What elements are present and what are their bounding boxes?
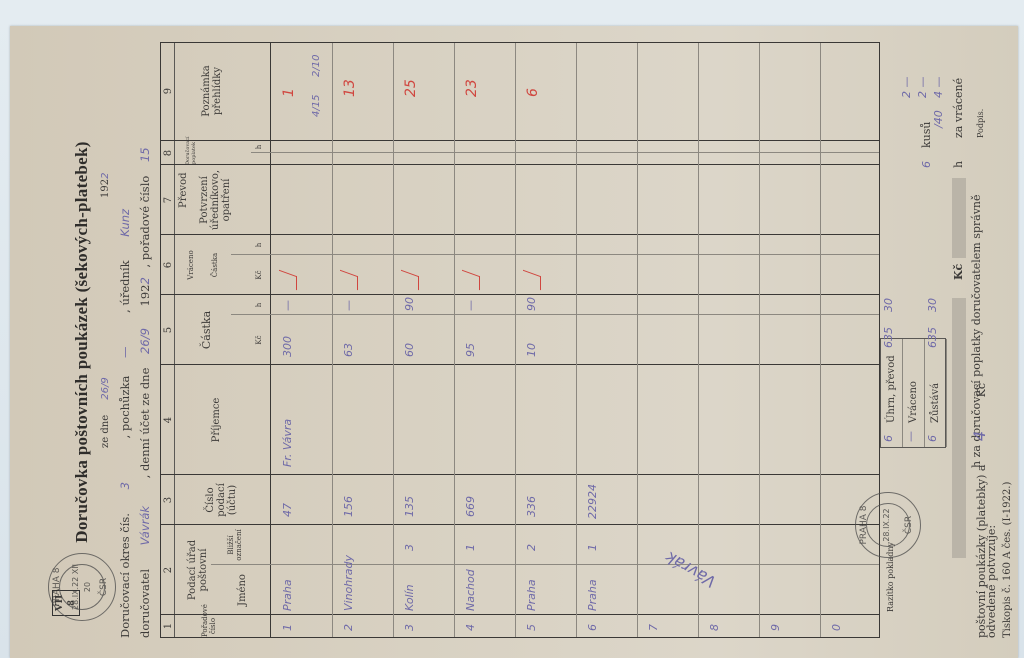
dorucovatel-value: Vávrák <box>138 506 152 545</box>
header-castka-h: h <box>255 295 263 315</box>
podpis-label: Podpis. <box>976 109 985 138</box>
colnum-3: 3 <box>163 475 174 525</box>
row-divider <box>454 43 455 637</box>
postmark-right-stamp: PRAHA 8 28.IX.22 ČSR <box>855 492 921 558</box>
postmark-country: ČSR <box>904 493 914 557</box>
postmark-country: ČSR <box>99 554 109 620</box>
zustava-label: Zůstává <box>930 383 941 423</box>
district-line: Doručovací okres čís. 3 , pochůzka — , ú… <box>118 209 132 638</box>
redacted-bar <box>952 178 966 258</box>
row-divider <box>515 43 516 637</box>
row-office: Praha <box>525 579 538 611</box>
row-number: 156 <box>342 496 355 517</box>
subcol-divider <box>271 152 879 153</box>
urednik-value: Kunz <box>118 209 132 237</box>
row-no: 7 <box>647 624 660 631</box>
vraceno-label: Vráceno <box>908 381 919 423</box>
colnum-8: 8 <box>163 141 174 165</box>
uhrn-amount: 635 <box>882 327 895 348</box>
uhrn-count: 6 <box>882 435 895 442</box>
row-office: Kolín <box>403 584 416 611</box>
row-no: 3 <box>403 624 416 631</box>
row-red-note: 6 <box>525 88 541 97</box>
row-red-note: 13 <box>342 79 358 97</box>
row-office: Vinohrady <box>342 555 355 611</box>
odvedene-line: odvedené potvrzuje: <box>985 525 998 638</box>
row-mark: 1 <box>464 544 477 551</box>
colnum-7: 7 <box>163 165 174 235</box>
col-divider <box>161 474 879 475</box>
row-office: Praha <box>281 579 294 611</box>
poukazky-value: 4 <box>970 431 989 441</box>
row-kc: 60 <box>403 343 416 357</box>
postmark-date: 28.IX.22 <box>882 493 891 557</box>
row-no: 0 <box>830 624 843 631</box>
header-vraceno-kc: Kč <box>255 255 263 295</box>
kc-label: Kč <box>952 264 965 280</box>
row-no: 2 <box>342 624 355 631</box>
header-jmeno: Jméno <box>237 565 248 615</box>
side-note: 2 — <box>916 77 929 99</box>
row-number: 135 <box>403 496 416 517</box>
dorucovatel-label: doručovatel <box>138 569 152 638</box>
row-red-note: 25 <box>403 79 419 97</box>
col-divider <box>161 164 879 165</box>
header-castka: Částka <box>201 295 212 365</box>
subcol-divider <box>271 254 879 255</box>
postmark-city: PRAHA 8 <box>859 493 869 557</box>
row-number: 336 <box>525 496 538 517</box>
year-label: 192 <box>100 179 111 198</box>
row-h: — <box>281 300 294 311</box>
zustava-h: 30 <box>926 298 939 312</box>
row-no: 6 <box>586 624 599 631</box>
row-kc: 300 <box>281 336 294 357</box>
date-line: ze dne 26/9 1922 <box>100 377 111 448</box>
row-divider <box>698 43 699 637</box>
vraceno-count: — <box>904 431 917 442</box>
row-office: Praha <box>586 579 599 611</box>
header-castka-kc: Kč <box>255 315 263 365</box>
subcol-divider <box>271 564 879 565</box>
col-divider <box>161 524 879 525</box>
kusu-value: 6 <box>920 161 933 168</box>
redacted-bar <box>952 298 966 558</box>
row-no: 5 <box>525 624 538 631</box>
row-divider <box>576 43 577 637</box>
row-no: 4 <box>464 624 477 631</box>
row-no: 1 <box>281 624 294 631</box>
col-divider <box>161 364 879 365</box>
uhrn-row: Úhrn, převod <box>881 339 903 447</box>
row-red-note: 23 <box>464 79 480 97</box>
poradove-cislo-value: 15 <box>138 147 152 162</box>
delivery-table: 1 2 3 4 5 6 7 8 9 Pořadové číslo Podací … <box>160 42 880 638</box>
row-office: Nachod <box>464 569 477 611</box>
header-vraceno-h: h <box>255 235 263 255</box>
row-no: 8 <box>708 624 721 631</box>
row-red-note: 1 <box>281 88 297 97</box>
header-cislo-podaci: Číslo podací (účtu) <box>205 475 238 525</box>
urednik-label: , úředník <box>118 260 132 312</box>
red-check-icon <box>279 270 297 291</box>
header-poznamka: Poznámka přehlídky <box>201 41 223 141</box>
row-mark: 2 <box>525 544 538 551</box>
ze-dne-label: ze dne <box>100 415 111 448</box>
row-no: 9 <box>769 624 782 631</box>
row-h: 90 <box>525 297 538 311</box>
col-divider <box>161 234 879 235</box>
uhrn-h: 30 <box>882 298 895 312</box>
denni-ucet-value: 26/9 <box>138 328 152 354</box>
colnum-6: 6 <box>163 235 174 295</box>
header-blizsi-oznaceni: Bližší označení <box>227 525 243 565</box>
header-poradove-cislo: Pořadové číslo <box>201 615 217 637</box>
row-mark: 3 <box>403 544 416 551</box>
row-number: 22924 <box>586 484 599 519</box>
red-check-icon <box>340 270 358 291</box>
red-check-icon <box>462 270 480 291</box>
pochuzka-label: , pochůzka <box>118 376 132 439</box>
side-note: /40 <box>932 110 945 128</box>
postal-form-page: VII 8 Doručovka poštovních poukázek (šek… <box>10 26 1018 658</box>
okres-label: Doručovací okres čís. <box>118 513 132 638</box>
row-divider <box>332 43 333 637</box>
poradove-cislo-label: , pořadové číslo <box>138 176 152 268</box>
header-podaci-urad: Podací úřad poštovní <box>187 525 209 615</box>
row-recipient: Fr. Vávra <box>281 419 294 467</box>
row-h: — <box>342 300 355 311</box>
side-note: 4 — <box>932 77 945 99</box>
diagonal-signature: Vávrák <box>662 548 719 592</box>
kc-label-2: Kč <box>975 383 988 397</box>
colnum-9: 9 <box>163 41 174 141</box>
side-note: 2 — <box>900 77 913 99</box>
subcol-divider <box>271 314 879 315</box>
header-vraceno-castka: Částka <box>211 235 219 295</box>
red-check-icon <box>401 270 419 291</box>
colnum-5: 5 <box>163 295 174 365</box>
pencil-note: 4/15 <box>311 95 322 117</box>
col-divider <box>161 614 879 615</box>
header-potvrzeni: Potvrzení úředníkovo, opatření <box>199 165 232 235</box>
col-divider <box>161 294 879 295</box>
year2-label: 192 <box>138 285 152 307</box>
year2-value: 2 <box>138 277 152 284</box>
red-check-icon <box>523 270 541 291</box>
colnum-1: 1 <box>163 615 174 637</box>
postmark-city: PRAHA 8 <box>52 554 62 620</box>
colnum-2: 2 <box>163 525 174 615</box>
row-h: 90 <box>403 297 416 311</box>
row-kc: 10 <box>525 343 538 357</box>
row-mark: 1 <box>586 544 599 551</box>
row-divider <box>820 43 821 637</box>
za-vracene-label: za vrácené <box>952 78 965 138</box>
row-number: 47 <box>281 503 294 517</box>
postmark-hour: 20 <box>83 554 92 620</box>
postmark-date: 28.IX.22 XII <box>71 554 80 620</box>
header-vraceno: Vráceno <box>187 235 195 295</box>
row-divider <box>759 43 760 637</box>
zustava-count: 6 <box>926 435 939 442</box>
row-h: — <box>464 300 477 311</box>
zustava-amount: 635 <box>926 327 939 348</box>
okres-value: 3 <box>118 482 132 489</box>
row-kc: 95 <box>464 343 477 357</box>
header-poplatek-h: h <box>255 141 263 153</box>
row-number: 669 <box>464 496 477 517</box>
row-divider <box>393 43 394 637</box>
zustava-row: Zůstává <box>925 339 947 447</box>
pochuzka-value: — <box>118 347 132 359</box>
header-prijemce: Příjemce <box>211 365 222 475</box>
uhrn-label: Úhrn, převod <box>886 355 897 423</box>
header-dorucovaci-poplatek: Doručovací poplatek <box>185 141 197 165</box>
denni-ucet-label: , denní účet ze dne <box>138 368 152 479</box>
year-value: 2 <box>100 173 111 179</box>
postmark-left-stamp: PRAHA 8 28.IX.22 XII 20 ČSR <box>48 553 116 621</box>
col-divider <box>161 140 879 141</box>
row-divider <box>637 43 638 637</box>
h-label: h <box>952 161 965 168</box>
courier-line: doručovatel Vávrák , denní účet ze dne 2… <box>138 147 152 638</box>
form-number-footer: Tiskopis č. 160 A čes. (I-1922.) <box>1002 482 1013 638</box>
pencil-note: 2/10 <box>311 55 322 77</box>
row-kc: 63 <box>342 343 355 357</box>
ze-dne-value: 26/9 <box>100 377 111 399</box>
colnum-4: 4 <box>163 365 174 475</box>
